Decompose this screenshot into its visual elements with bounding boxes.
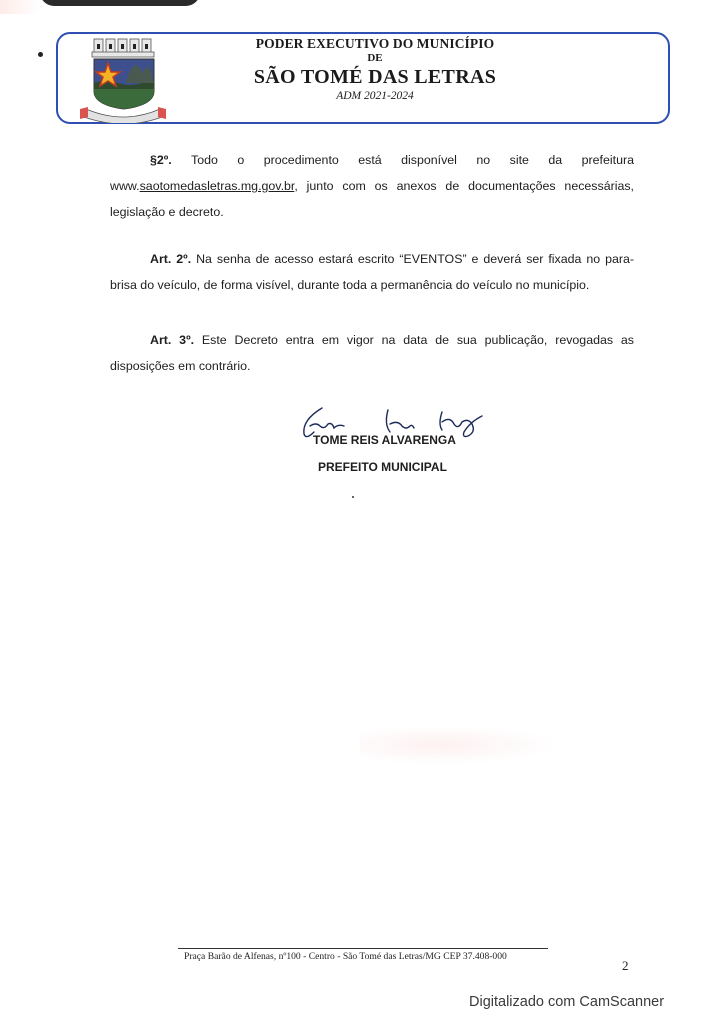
paragraph-label: §2º. (150, 153, 172, 167)
page-number: 2 (622, 958, 629, 974)
footer-divider (178, 948, 548, 949)
letterhead-line-2: DE (220, 52, 530, 65)
signatory-title: PREFEITO MUNICIPAL (318, 460, 447, 474)
coat-of-arms-icon (76, 33, 170, 123)
article-label: Art. 2º. (150, 252, 191, 266)
signatory-name: TOME REIS ALVARENGA (313, 433, 456, 447)
administration-period: ADM 2021-2024 (220, 89, 530, 103)
scan-edge-shadow (40, 0, 200, 6)
article-2: Art. 2º. Na senha de acesso estará escri… (110, 246, 634, 298)
stray-dot (352, 496, 354, 498)
scanner-watermark: Digitalizado com CamScanner (469, 994, 664, 1010)
footer-address: Praça Barão de Alfenas, nº100 - Centro -… (184, 951, 507, 962)
article-label: Art. 3º. (150, 333, 194, 347)
paragraph-2-section: §2º. Todo o procedimento está disponível… (110, 147, 634, 225)
scan-stain (360, 725, 560, 765)
article-3: Art. 3º. Este Decreto entra em vigor na … (110, 327, 634, 379)
letterhead-title-block: PODER EXECUTIVO DO MUNICÍPIO DE SÃO TOMÉ… (220, 36, 530, 103)
letterhead-line-1: PODER EXECUTIVO DO MUNICÍPIO (220, 36, 530, 52)
scan-mark (38, 52, 43, 57)
scan-edge-tint (0, 0, 40, 14)
website-link[interactable]: saotomedasletras.mg.gov.br (140, 179, 295, 193)
municipality-name: SÃO TOMÉ DAS LETRAS (220, 65, 530, 89)
